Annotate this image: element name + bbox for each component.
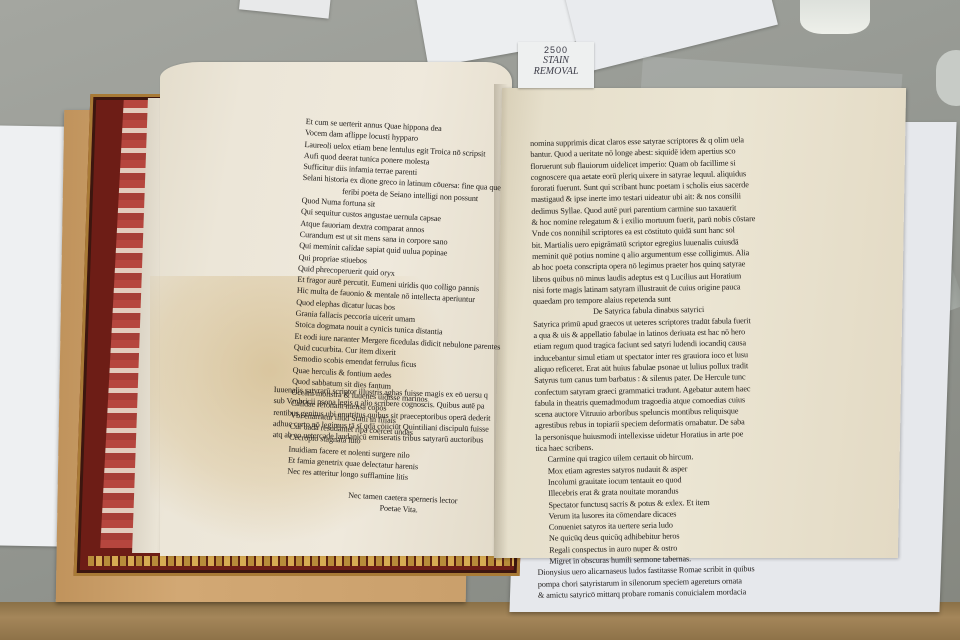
jar-edge: [936, 50, 960, 106]
gilt-tooling-border: [88, 556, 514, 566]
left-page-verse-block: Et cum se uerterit annus Quae hippona de…: [285, 116, 511, 519]
left-page-paragraph: Iuuenalis satyrarū scriptor illustris ag…: [273, 384, 492, 446]
label-number: 2500: [518, 45, 594, 55]
right-paragraph-1: nomina supprimis dicat claros esse satyr…: [530, 134, 757, 307]
right-page-text-block: nomina supprimis dicat claros esse satyr…: [530, 134, 762, 601]
label-line-1: STAIN: [518, 55, 594, 66]
conservation-label-card: 2500 STAIN REMOVAL: [518, 42, 594, 88]
label-line-2: REMOVAL: [518, 66, 594, 77]
right-paragraph-2: Satyrica primū apud graecos ut ueteres s…: [533, 315, 759, 454]
right-verse-block: Carmine qui tragico uilem certauit ob hi…: [536, 450, 762, 601]
white-jar: [800, 0, 870, 34]
